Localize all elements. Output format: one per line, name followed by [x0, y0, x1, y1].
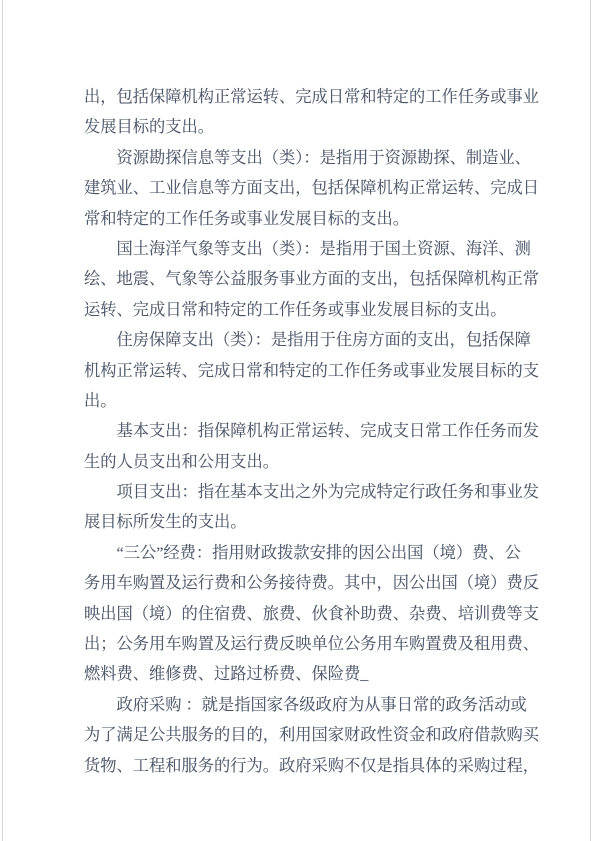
text-line-resource-exploration: 资源勘探信息等支出（类）：是指用于资源勘探、制造业、	[84, 143, 546, 173]
text-line-continuation: 发展目标的支出。	[84, 112, 546, 142]
text-line-three-public-funds: 燃料费、维修费、过路过桥费、保险费_	[84, 659, 546, 689]
text-line-three-public-funds: 出；公务用车购置及运行费反映单位公务用车购置费及租用费、	[84, 629, 546, 659]
text-line-basic-expenditure: 生的人员支出和公用支出。	[84, 447, 546, 477]
text-line-resource-exploration: 建筑业、工业信息等方面支出，包括保障机构正常运转、完成日	[84, 173, 546, 203]
text-line-housing-security: 住房保障支出（类）：是指用于住房方面的支出，包括保障	[84, 325, 546, 355]
scan-edge-right	[590, 0, 591, 841]
text-line-basic-expenditure: 基本支出：指保障机构正常运转、完成支日常工作任务而发	[84, 416, 546, 446]
text-line-housing-security: 出。	[84, 386, 546, 416]
text-line-land-ocean-weather: 国土海洋气象等支出（类）：是指用于国土资源、海洋、测	[84, 234, 546, 264]
text-line-resource-exploration: 常和特定的工作任务或事业发展目标的支出。	[84, 204, 546, 234]
text-line-continuation: 出，包括保障机构正常运转、完成日常和特定的工作任务或事业	[84, 82, 546, 112]
text-line-project-expenditure: 项目支出：指在基本支出之外为完成特定行政任务和事业发	[84, 477, 546, 507]
text-line-housing-security: 机构正常运转、完成日常和特定的工作任务或事业发展目标的支	[84, 356, 546, 386]
text-line-three-public-funds: “三公”经费：指用财政拨款安排的因公出国（境）费、公	[84, 538, 546, 568]
text-line-land-ocean-weather: 运转、完成日常和特定的工作任务或事业发展目标的支出。	[84, 295, 546, 325]
text-line-three-public-funds: 映出国（境）的住宿费、旅费、伙食补助费、杂费、培训费等支	[84, 599, 546, 629]
scan-edge-left	[2, 0, 3, 841]
text-line-three-public-funds: 务用车购置及运行费和公务接待费。其中，因公出国（境）费反	[84, 568, 546, 598]
text-line-government-procurement: 货物、工程和服务的行为。政府采购不仅是指具体的采购过程，	[84, 751, 546, 781]
document-page: 出，包括保障机构正常运转、完成日常和特定的工作任务或事业发展目标的支出。资源勘探…	[0, 0, 595, 841]
text-line-government-procurement: 政府采购 ：就是指国家各级政府为从事日常的政务活动或	[84, 690, 546, 720]
text-line-land-ocean-weather: 绘、地震、气象等公益服务事业方面的支出，包括保障机构正常	[84, 264, 546, 294]
document-text-block: 出，包括保障机构正常运转、完成日常和特定的工作任务或事业发展目标的支出。资源勘探…	[84, 82, 546, 781]
text-line-project-expenditure: 展目标所发生的支出。	[84, 507, 546, 537]
text-line-government-procurement: 为了满足公共服务的目的，利用国家财政性资金和政府借款购买	[84, 720, 546, 750]
